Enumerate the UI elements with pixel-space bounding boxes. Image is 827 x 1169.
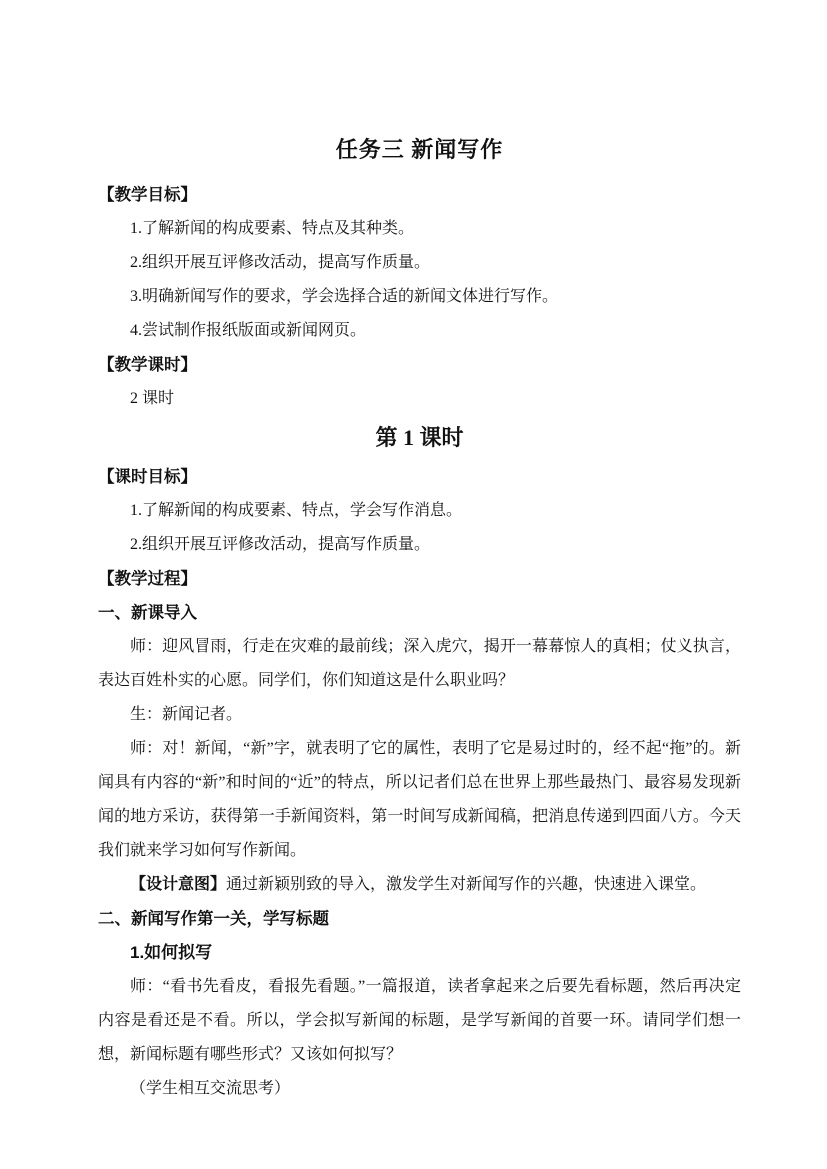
design-intent-label: 【设计意图】	[130, 876, 226, 893]
teaching-goal-item-4: 4.尝试制作报纸版面或新闻网页。	[98, 314, 741, 348]
heading-period-goals: 【课时目标】	[98, 460, 741, 494]
heading-teaching-goals: 【教学目标】	[98, 178, 741, 212]
student-activity-note: （学生相互交流思考）	[98, 1072, 741, 1106]
teaching-goal-item-1: 1.了解新闻的构成要素、特点及其种类。	[98, 212, 741, 246]
student-dialogue-answer: 生：新闻记者。	[98, 698, 741, 732]
teacher-dialogue-intro: 师：迎风冒雨，行走在灾难的最前线；深入虎穴，揭开一幕幕惊人的真相；仗义执言，表达…	[98, 630, 741, 698]
teaching-periods-value: 2 课时	[98, 382, 741, 416]
teacher-dialogue-explain: 师：对！新闻，“新”字，就表明了它的属性，表明了它是易过时的，经不起“拖”的。新…	[98, 732, 741, 868]
teaching-goal-item-2: 2.组织开展互评修改活动，提高写作质量。	[98, 246, 741, 280]
period-goal-item-2: 2.组织开展互评修改活动，提高写作质量。	[98, 528, 741, 562]
design-intent-text: 通过新颖别致的导入，激发学生对新闻写作的兴趣，快速进入课堂。	[226, 876, 706, 893]
teaching-goal-item-3: 3.明确新闻写作的要求，学会选择合适的新闻文体进行写作。	[98, 280, 741, 314]
subsection-how-to-draft: 1.如何拟写	[98, 936, 741, 970]
heading-teaching-periods: 【教学课时】	[98, 348, 741, 382]
design-intent-note: 【设计意图】通过新颖别致的导入，激发学生对新闻写作的兴趣，快速进入课堂。	[98, 868, 741, 902]
section-2-title-writing: 二、新闻写作第一关，学写标题	[98, 902, 741, 936]
heading-teaching-process: 【教学过程】	[98, 562, 741, 596]
section-1-new-lesson-intro: 一、新课导入	[98, 596, 741, 630]
period-goal-item-1: 1.了解新闻的构成要素、特点，学会写作消息。	[98, 494, 741, 528]
period-1-title: 第 1 课时	[98, 416, 741, 460]
lesson-plan-page: 任务三 新闻写作 【教学目标】 1.了解新闻的构成要素、特点及其种类。 2.组织…	[0, 0, 827, 1169]
teacher-dialogue-title-tips: 师：“看书先看皮，看报先看题。”一篇报道，读者拿起来之后要先看标题，然后再决定内…	[98, 970, 741, 1072]
page-title: 任务三 新闻写作	[98, 128, 741, 172]
